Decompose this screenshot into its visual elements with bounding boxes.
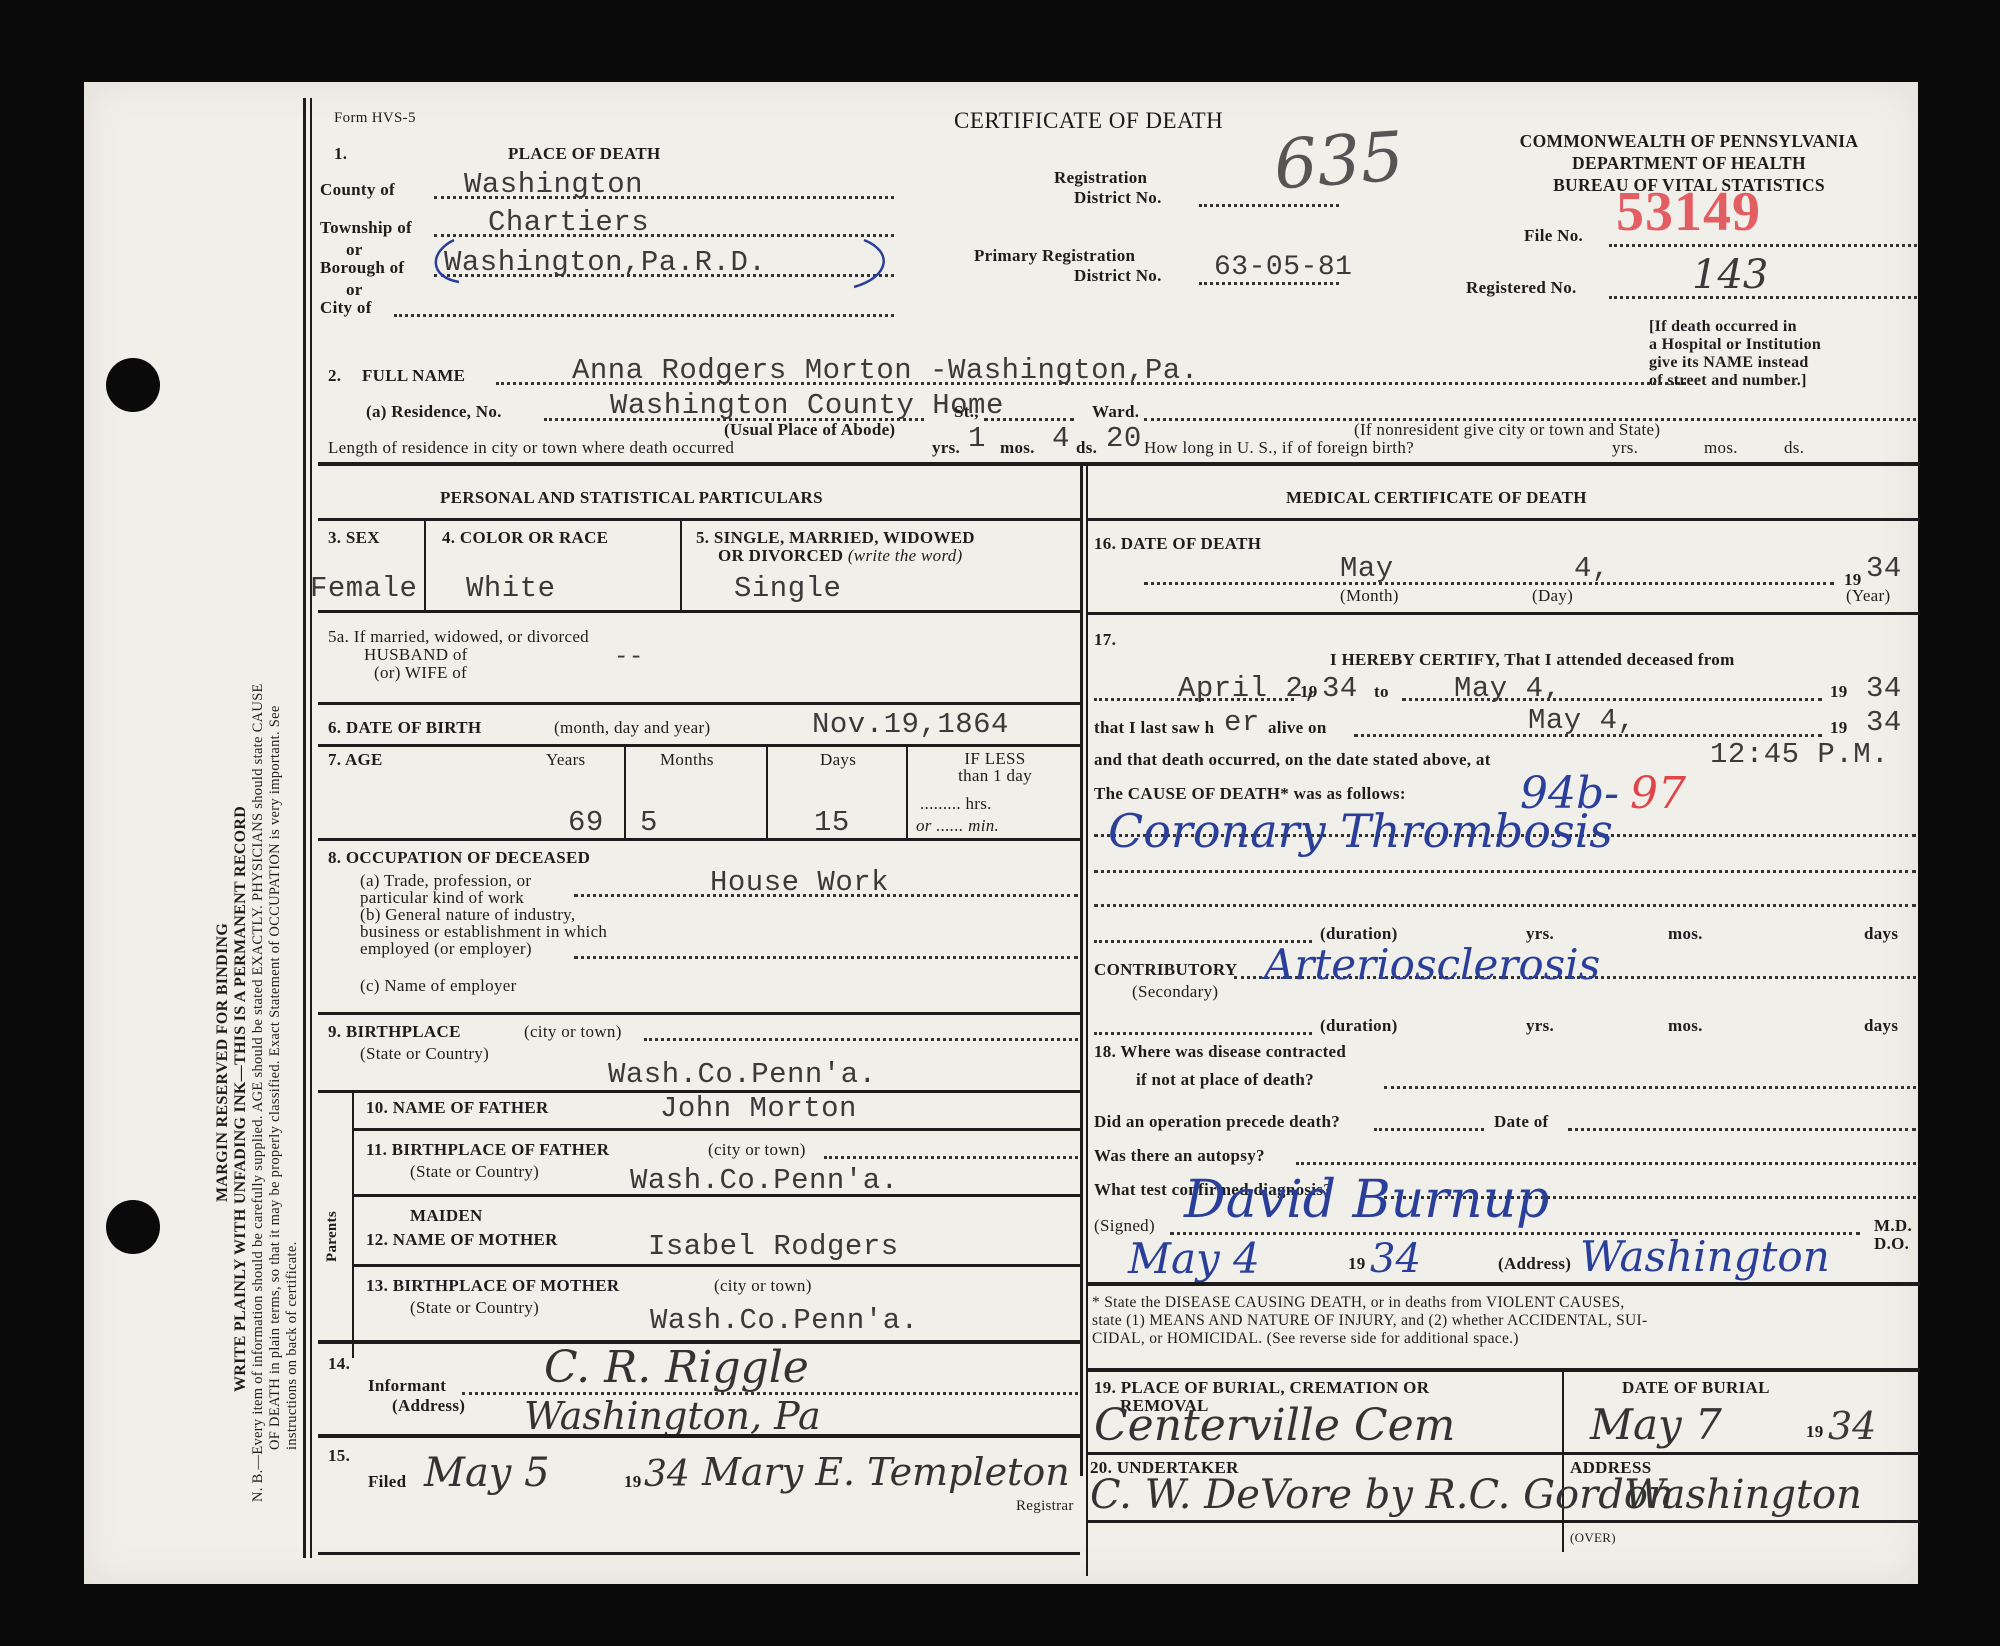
undertaker-address-value[interactable]: Washington	[1624, 1472, 1862, 1518]
residence-ds-label: ds.	[1076, 438, 1097, 458]
registrar-label: Registrar	[1016, 1498, 1074, 1515]
marital-label: 5. SINGLE, MARRIED, WIDOWED	[696, 528, 975, 548]
borough-circle-mark	[424, 232, 904, 292]
contracted-label-2: if not at place of death?	[1136, 1070, 1314, 1090]
column-divider-inner	[1086, 466, 1088, 1576]
spouse-label-2: HUSBAND of	[328, 646, 589, 664]
footnote-line-1: * State the DISEASE CAUSING DEATH, or in…	[1092, 1294, 1647, 1312]
form-left-border-inner	[310, 98, 312, 1558]
borough-label: Borough of	[320, 258, 404, 278]
margin-line-3: N. B.—Every item of information should b…	[250, 683, 267, 1502]
foreign-yrs-label: yrs.	[1612, 438, 1638, 458]
medical-divider	[1088, 518, 1920, 521]
divider-undertaker	[1088, 1520, 1920, 1523]
certify-statement: I HEREBY CERTIFY, That I attended deceas…	[1330, 650, 1735, 670]
do-label: D.O.	[1874, 1234, 1909, 1254]
duration-mos-1: mos.	[1668, 924, 1703, 944]
residence-length-label: Length of residence in city or town wher…	[328, 438, 734, 458]
last-saw-year-prefix: 19	[1830, 718, 1848, 738]
hospital-note-line-1: [If death occurred in	[1649, 318, 1821, 336]
dob-value[interactable]: Nov.19,1864	[812, 708, 1009, 741]
informant-address-value[interactable]: Washington, Pa	[524, 1394, 821, 1438]
cause-code-red: 97	[1630, 768, 1686, 819]
less-day-line-1: IF LESS	[912, 750, 1078, 767]
date-of-death-day[interactable]: 4,	[1574, 552, 1610, 585]
hospital-note: [If death occurred in a Hospital or Inst…	[1649, 318, 1821, 390]
operation-label: Did an operation precede death?	[1094, 1112, 1340, 1132]
personal-divider	[318, 518, 1080, 521]
mother-name-value[interactable]: Isabel Rodgers	[648, 1230, 899, 1263]
age-divider-3	[906, 746, 908, 838]
place-of-death-number: 1.	[334, 144, 347, 164]
contracted-field[interactable]	[1384, 1086, 1916, 1089]
marital-value[interactable]: Single	[734, 572, 841, 605]
contributory-value[interactable]: Arteriosclerosis	[1264, 940, 1600, 989]
registration-district-field[interactable]	[1199, 204, 1339, 207]
burial-year-value[interactable]: 34	[1828, 1404, 1876, 1448]
duration-days-1: days	[1864, 924, 1898, 944]
signed-year-prefix: 19	[1348, 1254, 1366, 1274]
over-label: (OVER)	[1570, 1530, 1616, 1546]
ward-label: Ward.	[1092, 402, 1139, 422]
father-name-label: 10. NAME OF FATHER	[366, 1098, 549, 1118]
marital-label-hint: (write the word)	[848, 546, 963, 565]
undertaker-value[interactable]: C. W. DeVore by R.C. Gordon	[1090, 1472, 1674, 1518]
margin-text-block: MARGIN RESERVED FOR BINDING WRITE PLAINL…	[214, 683, 301, 1502]
physician-address-label: (Address)	[1498, 1254, 1571, 1274]
contributory-label: CONTRIBUTORY	[1094, 960, 1237, 980]
sex-divider	[424, 520, 426, 610]
burial-place-label: 19. PLACE OF BURIAL, CREMATION OR	[1094, 1378, 1429, 1398]
autopsy-label: Was there an autopsy?	[1094, 1146, 1265, 1166]
mother-name-label: 12. NAME OF MOTHER	[366, 1230, 558, 1250]
primary-district-value[interactable]: 63-05-81	[1214, 252, 1352, 283]
occupation-a-line-2: particular kind of work	[360, 889, 531, 906]
residence-value[interactable]: Washington County Home	[610, 389, 1004, 422]
informant-label: Informant	[368, 1376, 446, 1396]
informant-address-label: (Address)	[392, 1396, 465, 1416]
signed-year-value[interactable]: 34	[1370, 1236, 1421, 1282]
attended-to-year-prefix: 19	[1830, 682, 1848, 702]
street-field[interactable]	[984, 418, 1074, 421]
duration-dots-2	[1094, 1032, 1312, 1035]
registered-no-label: Registered No.	[1466, 278, 1577, 298]
occupation-a-label: (a) Trade, profession, or particular kin…	[360, 872, 531, 906]
personal-heading: PERSONAL AND STATISTICAL PARTICULARS	[440, 488, 823, 508]
operation-field[interactable]	[1374, 1128, 1484, 1131]
burial-place-value[interactable]: Centerville Cem	[1094, 1400, 1455, 1451]
attended-to-year[interactable]: 34	[1866, 672, 1902, 705]
file-number-stamp: 53149	[1616, 180, 1761, 244]
place-of-death-heading: PLACE OF DEATH	[508, 144, 661, 164]
form-number: Form HVS-5	[334, 110, 416, 127]
file-no-field[interactable]	[1609, 244, 1917, 247]
father-birthplace-value[interactable]: Wash.Co.Penn'a.	[630, 1164, 899, 1197]
binding-hole-bottom	[106, 1200, 160, 1254]
footnote-line-2: state (1) MEANS AND NATURE OF INJURY, an…	[1092, 1312, 1647, 1330]
date-of-death-month[interactable]: May	[1340, 552, 1394, 585]
foreign-birth-label: How long in U. S., if of foreign birth?	[1144, 438, 1414, 458]
age-label: 7. AGE	[328, 750, 383, 770]
certificate-title: CERTIFICATE OF DEATH	[954, 108, 1223, 134]
md-label: M.D.	[1874, 1216, 1912, 1236]
divider-filed	[318, 1552, 1080, 1555]
mother-birthplace-value[interactable]: Wash.Co.Penn'a.	[650, 1304, 919, 1337]
last-saw-pronoun[interactable]: er	[1224, 706, 1260, 739]
duration-mos-2: mos.	[1668, 1016, 1703, 1036]
residence-mos-label: mos.	[1000, 438, 1035, 458]
duration-yrs-2: yrs.	[1526, 1016, 1554, 1036]
residence-ds-value[interactable]: 20	[1106, 422, 1142, 455]
divider-footnote	[1088, 1368, 1920, 1372]
county-label: County of	[320, 180, 395, 200]
birthplace-city-field[interactable]	[644, 1038, 1078, 1041]
occupation-b-line-2: business or establishment in which	[360, 923, 607, 940]
divider-age	[318, 838, 1080, 841]
age-days-value[interactable]: 15	[814, 806, 850, 839]
birthplace-hint: (city or town)	[524, 1022, 622, 1042]
city-field[interactable]	[394, 314, 894, 317]
attended-from-year-prefix: 19	[1300, 682, 1318, 702]
primary-district-label: District No.	[1074, 266, 1162, 286]
birthplace-label: 9. BIRTHPLACE	[328, 1022, 461, 1042]
father-birthplace-city-field[interactable]	[824, 1156, 1078, 1159]
occupation-a-value[interactable]: House Work	[710, 866, 889, 899]
file-no-label: File No.	[1524, 226, 1583, 246]
divider-informant	[318, 1434, 1080, 1438]
parents-divider	[352, 1092, 354, 1358]
cause-label: The CAUSE OF DEATH* was as follows:	[1094, 784, 1406, 804]
secondary-label: (Secondary)	[1132, 982, 1218, 1002]
mother-birthplace-label: 13. BIRTHPLACE OF MOTHER	[366, 1276, 619, 1296]
age-hours-field[interactable]: ......... hrs.	[920, 794, 992, 814]
date-of-death-label: 16. DATE OF DEATH	[1094, 534, 1261, 554]
primary-registration-label: Primary Registration	[974, 246, 1135, 266]
registration-district-label: District No.	[1074, 188, 1162, 208]
burial-year-prefix: 19	[1806, 1422, 1824, 1442]
cause-of-death-value[interactable]: Coronary Thrombosis	[1108, 804, 1613, 858]
nonresident-hint: (If nonresident give city or town and St…	[1354, 420, 1660, 440]
age-years-label: Years	[546, 750, 585, 770]
handwritten-district-number: 635	[1271, 118, 1406, 206]
burial-date-value[interactable]: May 7	[1590, 1400, 1722, 1449]
residence-yrs-label: yrs.	[932, 438, 960, 458]
foreign-mos-label: mos.	[1704, 438, 1738, 458]
certify-number: 17.	[1094, 630, 1116, 650]
age-years-value[interactable]: 69	[568, 806, 604, 839]
footnote-line-3: CIDAL, or HOMICIDAL. (See reverse side f…	[1092, 1330, 1647, 1348]
residence-label: (a) Residence, No.	[366, 402, 502, 422]
occupation-b-line-1: (b) General nature of industry,	[360, 906, 607, 923]
death-time-value[interactable]: 12:45 P.M.	[1710, 738, 1889, 771]
divider-spouse-row	[318, 702, 1080, 705]
margin-line-1: MARGIN RESERVED FOR BINDING	[214, 683, 232, 1502]
age-months-label: Months	[660, 750, 714, 770]
sex-label: 3. SEX	[328, 528, 380, 548]
spouse-label-1: 5a. If married, widowed, or divorced	[328, 628, 589, 646]
date-of-death-dots	[1144, 582, 1834, 585]
foreign-ds-label: ds.	[1784, 438, 1804, 458]
mother-birthplace-hint: (city or town)	[714, 1276, 812, 1296]
hospital-note-line-4: of street and number.]	[1649, 372, 1821, 390]
informant-number: 14.	[328, 1354, 350, 1374]
county-value[interactable]: Washington	[464, 168, 643, 201]
last-saw-label: that I last saw h	[1094, 718, 1214, 738]
race-value[interactable]: White	[466, 572, 556, 605]
age-months-value[interactable]: 5	[640, 806, 658, 839]
attended-to-label: to	[1374, 682, 1389, 702]
city-label: City of	[320, 298, 372, 318]
marital-label-2: OR DIVORCED (write the word)	[718, 546, 963, 566]
operation-date-field[interactable]	[1568, 1128, 1916, 1131]
filed-year-prefix: 19	[624, 1472, 642, 1492]
filed-label: Filed	[368, 1472, 406, 1492]
usual-place-hint: (Usual Place of Abode)	[724, 420, 895, 440]
father-birthplace-label: 11. BIRTHPLACE OF FATHER	[366, 1140, 609, 1160]
father-birthplace-hint: (city or town)	[708, 1140, 806, 1160]
divider-burial	[1088, 1452, 1920, 1455]
registration-label: Registration	[1054, 168, 1147, 188]
father-birthplace-state-label: (State or Country)	[410, 1162, 539, 1182]
year-hint: (Year)	[1846, 586, 1890, 606]
age-days-label: Days	[820, 750, 856, 770]
margin-line-2: WRITE PLAINLY WITH UNFADING INK—THIS IS …	[232, 683, 250, 1502]
filed-year-value[interactable]: 34	[644, 1454, 690, 1495]
divider-dod	[1088, 612, 1920, 615]
signed-label: (Signed)	[1094, 1216, 1155, 1236]
spouse-value[interactable]: --	[614, 644, 644, 671]
race-label: 4. COLOR OR RACE	[442, 528, 608, 548]
registrar-signature[interactable]: Mary E. Templeton	[702, 1450, 1070, 1494]
full-name-number: 2.	[328, 366, 341, 386]
form-left-border	[303, 98, 306, 1558]
occupation-a-line-1: (a) Trade, profession, or	[360, 872, 531, 889]
dob-hint: (month, day and year)	[554, 718, 710, 738]
death-time-label: and that death occurred, on the date sta…	[1094, 750, 1491, 770]
occupation-label: 8. OCCUPATION OF DECEASED	[328, 848, 590, 868]
residence-mos-value[interactable]: 4	[1052, 422, 1070, 455]
age-minutes-field[interactable]: or ...... min.	[916, 816, 999, 836]
physician-signature[interactable]: David Burnup	[1184, 1170, 1549, 1230]
divider-sex-row	[318, 610, 1080, 613]
operation-date-label: Date of	[1494, 1112, 1549, 1132]
registered-no-value[interactable]: 143	[1692, 252, 1768, 298]
last-saw-date[interactable]: May 4,	[1528, 704, 1635, 737]
divider-mother	[354, 1264, 1080, 1267]
divider-father	[354, 1128, 1080, 1131]
burial-divider	[1562, 1370, 1564, 1552]
duration-label-2: (duration)	[1320, 1016, 1398, 1036]
dob-label: 6. DATE OF BIRTH	[328, 718, 481, 738]
medical-heading: MEDICAL CERTIFICATE OF DEATH	[1286, 488, 1587, 508]
occupation-b-label: (b) General nature of industry, business…	[360, 906, 607, 957]
physician-address-value[interactable]: Washington	[1580, 1232, 1830, 1281]
mother-maiden-label: MAIDEN	[410, 1206, 483, 1226]
birthplace-value[interactable]: Wash.Co.Penn'a.	[608, 1058, 877, 1091]
binding-hole-top	[106, 358, 160, 412]
spouse-label-3: (or) WIFE of	[328, 664, 589, 682]
certificate-paper: MARGIN RESERVED FOR BINDING WRITE PLAINL…	[84, 82, 1918, 1584]
parents-label: Parents	[324, 1211, 341, 1262]
residence-yrs-value[interactable]: 1	[968, 422, 986, 455]
race-divider	[680, 520, 682, 610]
cause-dots-3	[1094, 904, 1916, 907]
attended-from-year[interactable]: 34	[1322, 672, 1358, 705]
filed-number: 15.	[328, 1446, 350, 1466]
occupation-b-field[interactable]	[574, 956, 1078, 959]
agency-line-1: COMMONWEALTH OF PENNSYLVANIA	[1464, 130, 1914, 152]
age-less-than-day: IF LESS than 1 day	[912, 750, 1078, 784]
contracted-label: 18. Where was disease contracted	[1094, 1042, 1346, 1062]
last-saw-year[interactable]: 34	[1866, 706, 1902, 739]
spouse-label: 5a. If married, widowed, or divorced HUS…	[328, 628, 589, 682]
burial-date-label: DATE OF BURIAL	[1622, 1378, 1770, 1398]
attended-to-value[interactable]: May 4,	[1454, 672, 1561, 705]
divider-signed	[1088, 1282, 1920, 1286]
date-of-death-year[interactable]: 34	[1866, 552, 1902, 585]
or-label-1: or	[346, 240, 363, 260]
birthplace-state-label: (State or Country)	[360, 1044, 489, 1064]
footnote: * State the DISEASE CAUSING DEATH, or in…	[1092, 1294, 1647, 1348]
filed-date-value[interactable]: May 5	[424, 1450, 550, 1496]
age-divider-2	[766, 746, 768, 838]
full-name-label: FULL NAME	[362, 366, 465, 386]
marital-label-divorced: OR DIVORCED	[718, 546, 843, 565]
divider-dob	[318, 744, 1080, 747]
father-name-value[interactable]: John Morton	[660, 1092, 857, 1125]
autopsy-field[interactable]	[1296, 1162, 1916, 1165]
column-divider	[1080, 466, 1083, 1476]
agency-line-2: DEPARTMENT OF HEALTH	[1464, 152, 1914, 174]
informant-value[interactable]: C. R. Riggle	[544, 1342, 809, 1393]
margin-line-5: instructions on back of certificate.	[284, 683, 301, 1502]
mother-birthplace-state-label: (State or Country)	[410, 1298, 539, 1318]
duration-days-2: days	[1864, 1016, 1898, 1036]
or-label-2: or	[346, 280, 363, 300]
alive-on-label: alive on	[1268, 718, 1327, 738]
occupation-b-line-3: employed (or employer)	[360, 940, 607, 957]
township-label: Township of	[320, 218, 412, 238]
hospital-note-line-2: a Hospital or Institution	[1649, 336, 1821, 354]
age-divider-1	[624, 746, 626, 838]
hospital-note-line-3: give its NAME instead	[1649, 354, 1821, 372]
divider-father-bp	[354, 1194, 1080, 1197]
divider-main	[318, 462, 1920, 466]
margin-line-4: OF DEATH in plain terms, so that it may …	[267, 683, 284, 1502]
sex-value[interactable]: Female	[310, 572, 417, 605]
full-name-value[interactable]: Anna Rodgers Morton -Washington,Pa.	[572, 354, 1199, 387]
divider-occupation	[318, 1012, 1080, 1015]
signed-date-value[interactable]: May 4	[1128, 1234, 1260, 1283]
cause-dots-2	[1094, 870, 1916, 873]
street-label: St.,	[954, 402, 979, 422]
occupation-c-label: (c) Name of employer	[360, 976, 517, 996]
day-hint: (Day)	[1532, 586, 1573, 606]
month-hint: (Month)	[1340, 586, 1399, 606]
less-day-line-2: than 1 day	[912, 767, 1078, 784]
